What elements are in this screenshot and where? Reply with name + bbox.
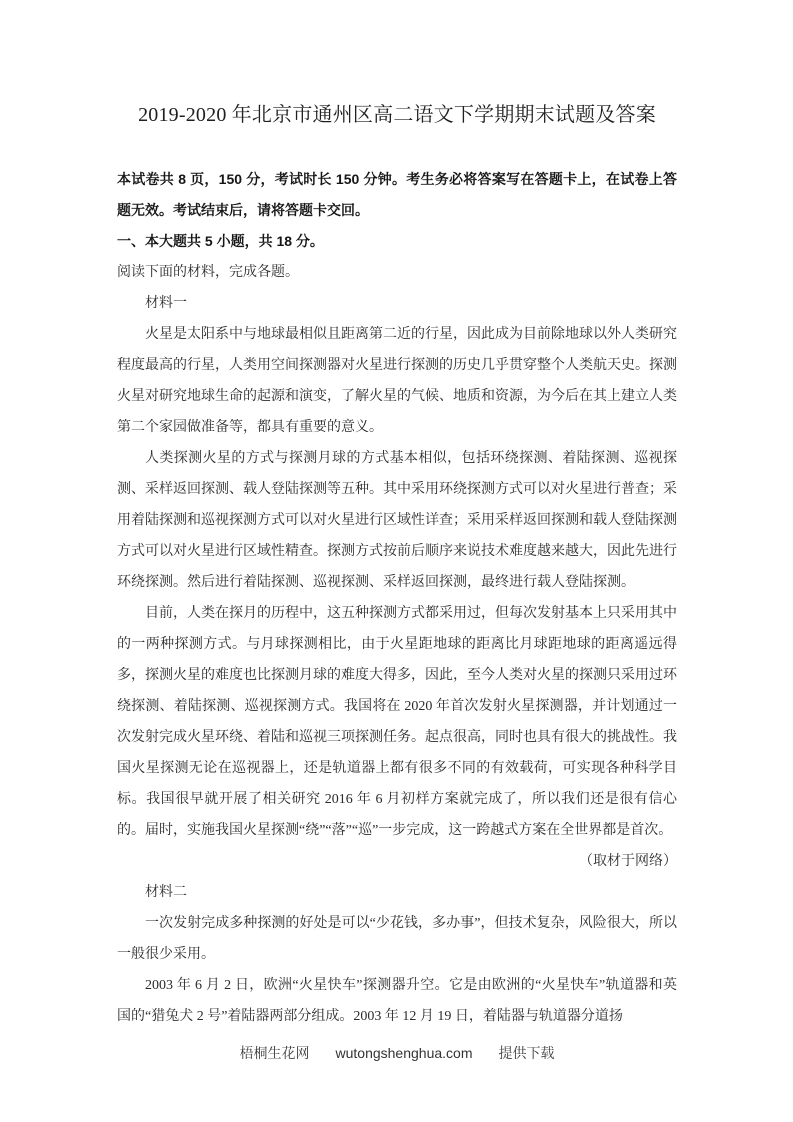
- footer-download-text: 提供下载: [499, 1039, 555, 1070]
- footer-site-url: wutongshenghua.com: [336, 1038, 473, 1069]
- page-footer: 梧桐生花网 wutongshenghua.com 提供下载: [117, 1038, 677, 1070]
- source-attribution: （取材于网络）: [117, 846, 677, 877]
- exam-title: 2019-2020 年北京市通州区高二语文下学期期末试题及答案: [117, 96, 677, 134]
- exam-notice: 本试卷共 8 页，150 分，考试时长 150 分钟。考生务必将答案写在答题卡上…: [117, 164, 677, 226]
- reading-instruction: 阅读下面的材料，完成各题。: [117, 257, 677, 288]
- material-two-label: 材料二: [117, 877, 677, 908]
- exam-document-page: 2019-2020 年北京市通州区高二语文下学期期末试题及答案 本试卷共 8 页…: [0, 0, 793, 1122]
- section-heading: 一、本大题共 5 小题，共 18 分。: [117, 226, 677, 257]
- footer-site-name: 梧桐生花网: [240, 1039, 310, 1070]
- material-one-paragraph-2: 人类探测火星的方式与探测月球的方式基本相似，包括环绕探测、着陆探测、巡视探测、采…: [117, 443, 677, 598]
- material-one-paragraph-1: 火星是太阳系中与地球最相似且距离第二近的行星，因此成为目前除地球以外人类研究程度…: [117, 319, 677, 443]
- material-one-paragraph-3: 目前，人类在探月的历程中，这五种探测方式都采用过，但每次发射基本上只采用其中的一…: [117, 598, 677, 846]
- material-one-label: 材料一: [117, 288, 677, 319]
- material-two-paragraph-2: 2003 年 6 月 2 日，欧洲“火星快车”探测器升空。它是由欧洲的“火星快车…: [117, 970, 677, 1032]
- material-two-paragraph-1: 一次发射完成多种探测的好处是可以“少花钱，多办事”，但技术复杂，风险很大，所以一…: [117, 908, 677, 970]
